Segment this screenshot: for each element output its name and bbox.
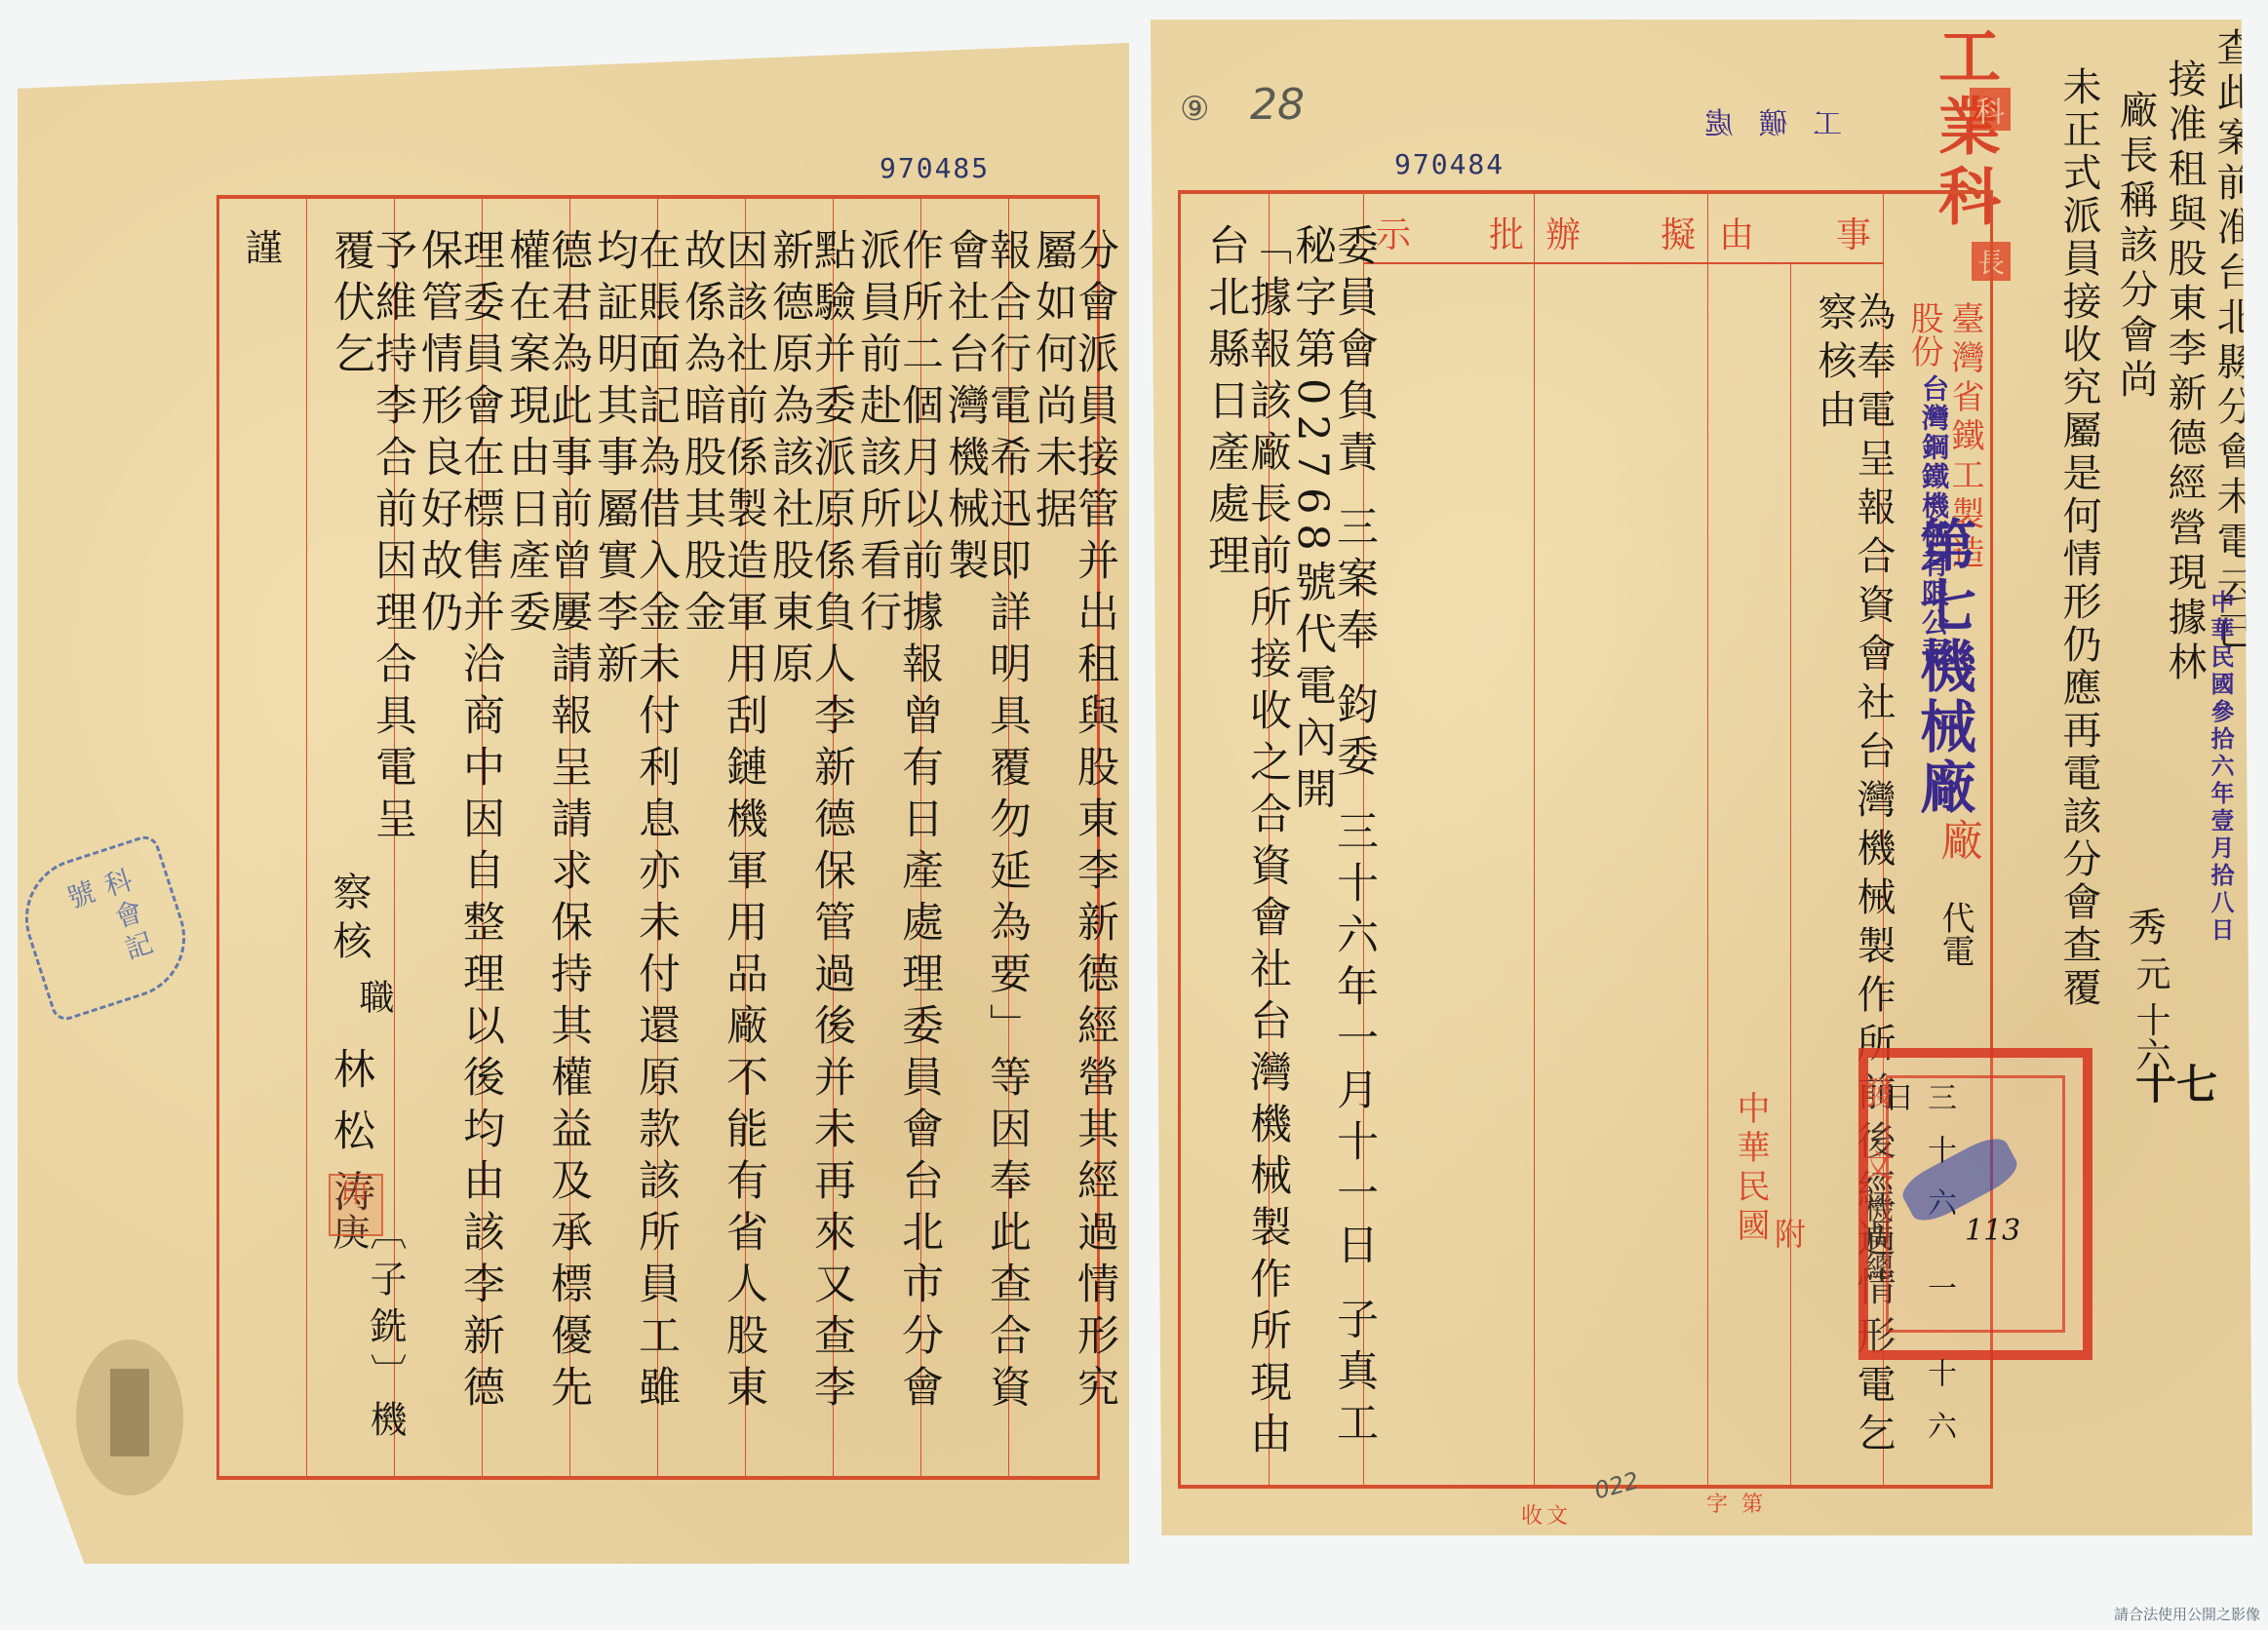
form-label: 字第 [1706, 1488, 1777, 1518]
body-column-1: 分會派員接管并出租與股東李新德經營其經過情形究屬如何尚未据 [1032, 228, 1115, 1456]
document-page-right: ⑨ 28 970484 工 礦 處 工業科 科 長 「據報該廠長前所接收之合資會… [1151, 19, 2252, 1535]
dispatch-number: 113 [1965, 1214, 2020, 1248]
annotator-mark: 十七 [2135, 1053, 2217, 1111]
serial-number-left: 970485 [880, 152, 990, 184]
blue-registry-stamp: 科會記號 [10, 833, 202, 1025]
header-proposal-right: 擬 [1661, 208, 1696, 257]
body-column-quote: 「據報該廠長前所接收之合資會社台灣機械製作所現由台北縣日產處理 [1204, 223, 1288, 1465]
body-column-3: 作所二個月以前據報曾有日產處理委員會台北市分會派員前赴該所看行 [856, 228, 940, 1456]
serial-number-right: 970484 [1394, 148, 1505, 180]
body-column-2: 報合行電希迅即詳明具覆勿延為要」等因奉此查合資會社台灣機械製 [944, 228, 1028, 1456]
date-line: 〔子銑〕機庚 [330, 1213, 404, 1476]
header-subject-right: 事 [1836, 208, 1871, 257]
file-stamp-prefix: 工計字第 [1688, 1563, 1797, 1602]
annotation-line-4: 未正式派員接收究屬是何情形仍應再電該分會查覆 [2059, 66, 2098, 1090]
receipt-stamp-label: 字第 [1346, 1546, 1424, 1589]
body-column-5: 因該社前係製造軍用刮鏈機軍用品廠不能有省人股東故係為暗股其股金 [681, 228, 764, 1456]
body-column-4: 點驗并委派原係負人李新德保管過後并未再來又查李新德原為該社股東原 [768, 228, 852, 1456]
receipt-number: 08235 [1433, 1534, 1583, 1584]
usage-watermark: 請合法使用公開之影像 [2114, 1604, 2260, 1624]
receipt-stamp-suffix: 號 [1564, 1546, 1593, 1589]
file-number: 119 [1817, 1553, 1898, 1599]
body-column-7: 德君為此事前曾屢請報呈請求保持其權益及承標優先權在案現由日產委 [505, 228, 589, 1456]
review-text: 察核 [330, 872, 369, 969]
chop-char-top: 科 [1970, 88, 2011, 131]
body-column-6: 在賬面記為借入金未付利息亦未付還原款該所員工雖均証明其事屬實李新 [593, 228, 677, 1456]
red-chop-top: 科 [1970, 88, 2011, 131]
annotator-signature: 秀 [2128, 897, 2167, 952]
representative-label: 代電 [1932, 901, 1979, 967]
roc-label: 中華民國 [1727, 1091, 1775, 1247]
division-stamp: 工 礦 處 [1697, 99, 1842, 142]
header-subject-left: 由 [1719, 208, 1754, 257]
pencil-note-circle: ⑨ [1180, 90, 1209, 129]
seal-char: 印 [334, 1180, 371, 1205]
factory-stamp: 第七機械廠 [1902, 516, 1984, 818]
document-page-left: 970485 分會派員接管并出租與股東李新德經營其經過情形究屬如何尚未据 報合行… [18, 43, 1129, 1564]
closing-char: 謹 [242, 228, 279, 275]
annotation-line-3: 廠長稱該分會尚 [2116, 90, 2155, 480]
body-column-8: 理委員會在標售并洽商中因自整理以後均由該李新德保管情形良好故仍 [417, 228, 501, 1456]
body-column-reference: 委員會負責 三案奉 鈞委 三十六年一月十一日 子真工秘字第02768號代電內開 [1291, 223, 1375, 1465]
receipt-stamp-prefix: 收文 [1238, 1546, 1305, 1589]
receipt-label: 收文 [1521, 1499, 1572, 1530]
date-stamp: 中華民國參拾六年壹月拾八日 [2204, 590, 2238, 945]
blue-stamp-text: 科會記號 [57, 864, 170, 1008]
ruled-frame-left: 分會派員接管并出租與股東李新德經營其經過情形究屬如何尚未据 報合行電希迅即詳明具… [216, 195, 1100, 1480]
header-instruction-right: 批 [1489, 208, 1524, 257]
header-proposal-left: 辦 [1545, 208, 1581, 257]
archive-logo-icon [76, 1339, 183, 1495]
receipt-stamp: 收文 字第 08235 號 [1226, 1535, 1602, 1596]
header-instruction-left: 示 [1376, 208, 1411, 257]
personal-seal: 印 [329, 1174, 383, 1236]
dispatch-date-handwritten: 三十六 一 十六 日 [1874, 1082, 1960, 1535]
title-char: 職 [356, 979, 391, 1024]
body-column-9: 予維持李合前因理合具電呈覆伏乞 [330, 228, 413, 852]
annotation-line-2: 接准租與股東李新德經營現據林 [2165, 58, 2204, 936]
pencil-note-number: 28 [1250, 80, 1305, 130]
factory-char: 廠 [1926, 818, 1988, 861]
file-number-stamp: 工計字第 119 號 [1677, 1550, 1931, 1611]
file-stamp-suffix: 號 [1893, 1563, 1920, 1602]
issuer-prefix: 股份 [1900, 301, 1948, 368]
